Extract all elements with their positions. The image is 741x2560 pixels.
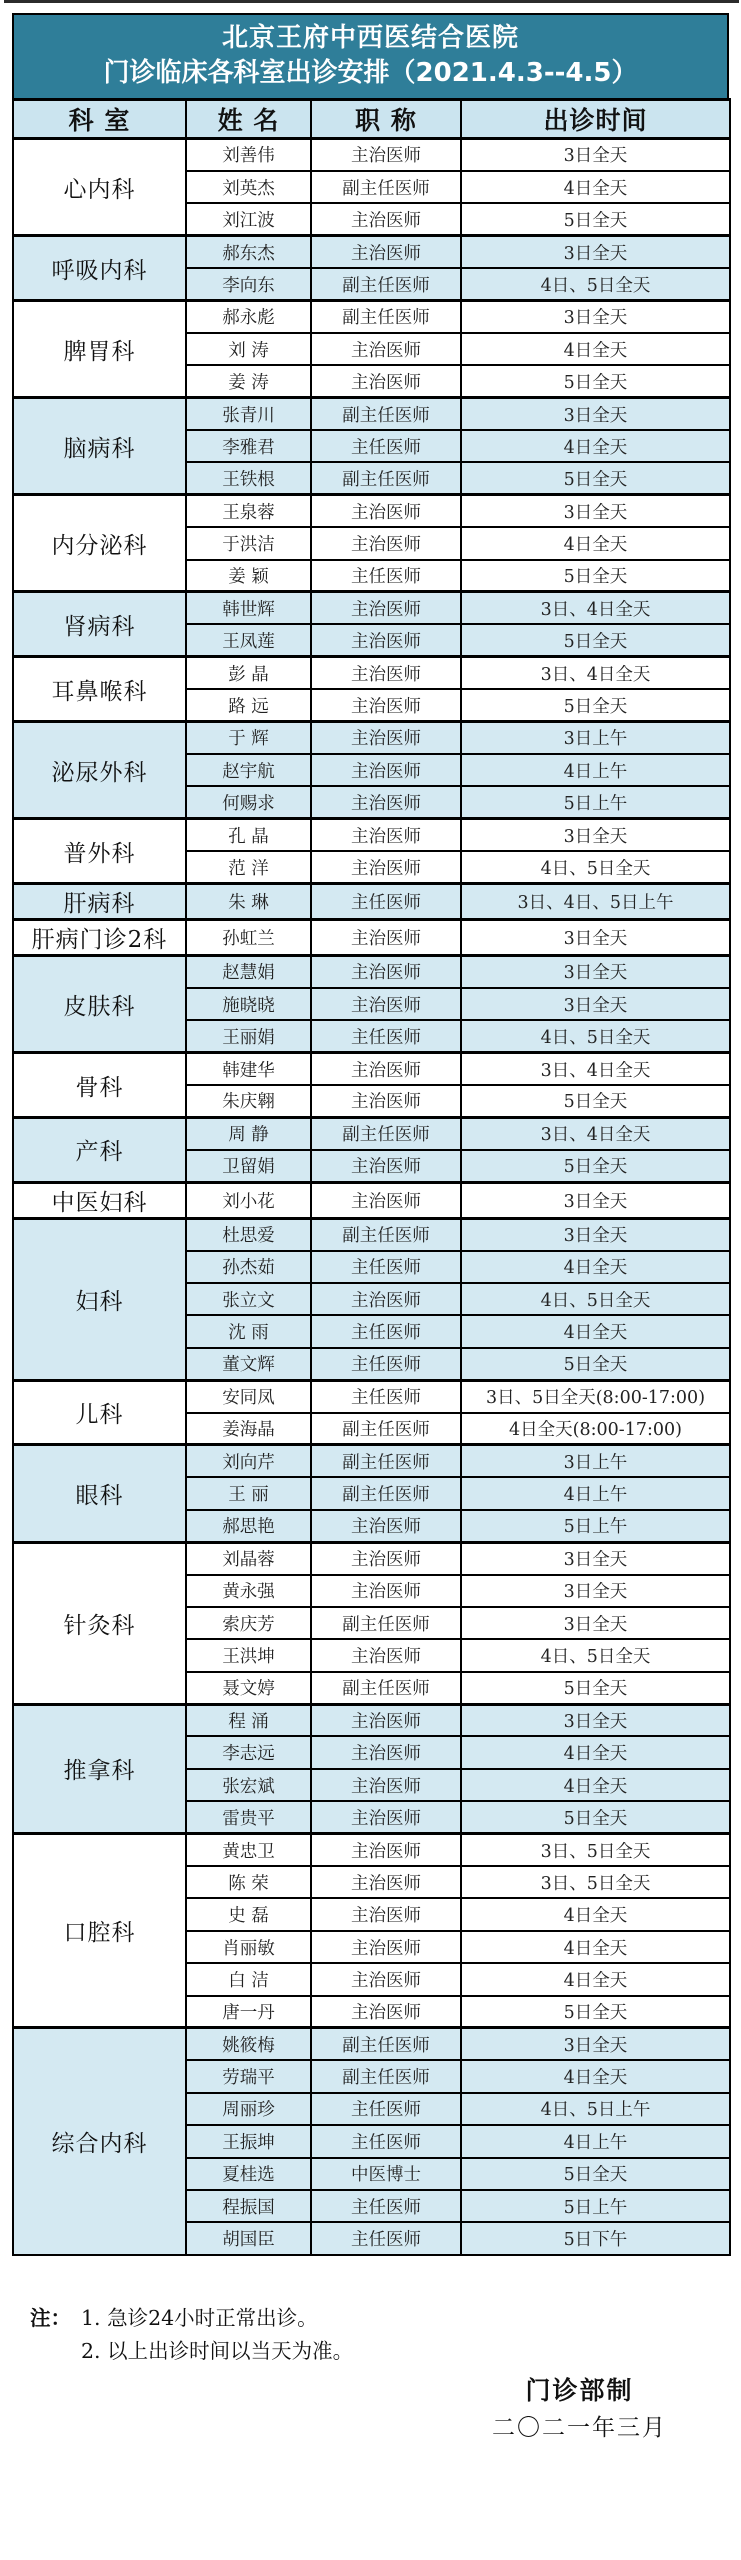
doctor-title-cell: 主治医师: [311, 1898, 461, 1930]
doctor-name-cell: 孙虹兰: [186, 919, 311, 955]
doctor-title-cell: 主任医师: [311, 2125, 461, 2157]
doctor-name-cell: 路 远: [186, 689, 311, 721]
doctor-title-cell: 主治医师: [311, 203, 461, 235]
doctor-name-cell: 胡国臣: [186, 2222, 311, 2254]
doctor-name-cell: 黄永强: [186, 1575, 311, 1607]
visit-time-cell: 4日、5日全天: [461, 1639, 730, 1671]
doctor-name-cell: 索庆芳: [186, 1607, 311, 1639]
doctor-name-cell: 赵慧娟: [186, 955, 311, 987]
doctor-name-cell: 孙杰茹: [186, 1251, 311, 1283]
doctor-title-cell: 主治医师: [311, 1542, 461, 1574]
doctor-title-cell: 主治医师: [311, 1963, 461, 1995]
visit-time-cell: 3日全天: [461, 988, 730, 1020]
table-row: 心内科刘善伟主治医师3日全天: [13, 139, 730, 171]
doctor-title-cell: 主治医师: [311, 1801, 461, 1833]
scan-edge-line: [4, 0, 739, 3]
table-row: 脑病科张青川副主任医师3日全天: [13, 398, 730, 430]
issuer-text: 门诊部制: [492, 2374, 667, 2408]
doctor-title-cell: 主治医师: [311, 1834, 461, 1866]
visit-time-cell: 4日上午: [461, 754, 730, 786]
department-cell: 儿科: [13, 1380, 186, 1445]
doctor-title-cell: 副主任医师: [311, 1672, 461, 1704]
table-row: 针灸科刘晶蓉主治医师3日全天: [13, 1542, 730, 1574]
doctor-title-cell: 主治医师: [311, 1150, 461, 1182]
visit-time-cell: 3日、5日全天: [461, 1866, 730, 1898]
schedule-page: 北京王府中西医结合医院 门诊临床各科室出诊安排（2021.4.3--4.5） 科…: [0, 0, 741, 2560]
visit-time-cell: 4日全天: [461, 1769, 730, 1801]
doctor-title-cell: 主任医师: [311, 1380, 461, 1412]
table-row: 产科周 静副主任医师3日、4日全天: [13, 1117, 730, 1149]
department-cell: 脑病科: [13, 398, 186, 495]
department-cell: 中医妇科: [13, 1182, 186, 1218]
doctor-title-cell: 主任医师: [311, 1348, 461, 1380]
note-item-1: 1. 急诊24小时正常出诊。: [81, 2302, 353, 2335]
doctor-title-cell: 主治医师: [311, 786, 461, 818]
department-cell: 口腔科: [13, 1834, 186, 2028]
issue-date-text: 二〇二一年三月: [492, 2408, 667, 2448]
department-cell: 产科: [13, 1117, 186, 1182]
doctor-name-cell: 姚筱梅: [186, 2028, 311, 2060]
doctor-name-cell: 张青川: [186, 398, 311, 430]
doctor-title-cell: 主任医师: [311, 883, 461, 919]
col-header-title: 职 称: [311, 100, 461, 139]
doctor-name-cell: 王洪坤: [186, 1639, 311, 1671]
visit-time-cell: 4日全天: [461, 333, 730, 365]
visit-time-cell: 5日全天: [461, 1150, 730, 1182]
doctor-title-cell: 主治医师: [311, 988, 461, 1020]
visit-time-cell: 3日上午: [461, 1445, 730, 1477]
doctor-name-cell: 于 辉: [186, 722, 311, 754]
visit-time-cell: 4日全天: [461, 1736, 730, 1768]
doctor-title-cell: 主治医师: [311, 1769, 461, 1801]
doctor-name-cell: 安同凤: [186, 1380, 311, 1412]
doctor-title-cell: 主治医师: [311, 1283, 461, 1315]
doctor-name-cell: 沈 雨: [186, 1315, 311, 1347]
doctor-title-cell: 副主任医师: [311, 300, 461, 332]
doctor-title-cell: 主治医师: [311, 1182, 461, 1218]
title-bar: 北京王府中西医结合医院 门诊临床各科室出诊安排（2021.4.3--4.5）: [12, 13, 729, 98]
visit-time-cell: 3日全天: [461, 1575, 730, 1607]
doctor-name-cell: 李志远: [186, 1736, 311, 1768]
visit-time-cell: 4日、5日上午: [461, 2093, 730, 2125]
visit-time-cell: 3日全天: [461, 398, 730, 430]
notes-items: 1. 急诊24小时正常出诊。 2. 以上出诊时间以当天为准。: [81, 2302, 353, 2368]
col-header-name: 姓 名: [186, 100, 311, 139]
visit-time-cell: 3日全天: [461, 955, 730, 987]
doctor-name-cell: 王泉蓉: [186, 495, 311, 527]
doctor-title-cell: 主治医师: [311, 955, 461, 987]
table-row: 中医妇科刘小花主治医师3日全天: [13, 1182, 730, 1218]
doctor-name-cell: 王丽娟: [186, 1020, 311, 1052]
table-row: 呼吸内科郝东杰主治医师3日全天: [13, 236, 730, 268]
table-row: 内分泌科王泉蓉主治医师3日全天: [13, 495, 730, 527]
visit-time-cell: 5日全天: [461, 1672, 730, 1704]
doctor-title-cell: 主治医师: [311, 365, 461, 397]
doctor-title-cell: 主任医师: [311, 2093, 461, 2125]
table-row: 肝病门诊2科孙虹兰主治医师3日全天: [13, 919, 730, 955]
doctor-name-cell: 张宏斌: [186, 1769, 311, 1801]
table-row: 耳鼻喉科彭 晶主治医师3日、4日全天: [13, 657, 730, 689]
doctor-title-cell: 副主任医师: [311, 398, 461, 430]
department-cell: 耳鼻喉科: [13, 657, 186, 722]
doctor-title-cell: 主治医师: [311, 1736, 461, 1768]
visit-time-cell: 5日上午: [461, 786, 730, 818]
visit-time-cell: 3日全天: [461, 1607, 730, 1639]
doctor-title-cell: 副主任医师: [311, 1477, 461, 1509]
doctor-name-cell: 黄忠卫: [186, 1834, 311, 1866]
doctor-name-cell: 周丽珍: [186, 2093, 311, 2125]
schedule-sheet: 北京王府中西医结合医院 门诊临床各科室出诊安排（2021.4.3--4.5） 科…: [0, 0, 741, 2448]
table-row: 泌尿外科于 辉主治医师3日上午: [13, 722, 730, 754]
doctor-title-cell: 副主任医师: [311, 1413, 461, 1445]
doctor-title-cell: 主治医师: [311, 592, 461, 624]
hospital-name: 北京王府中西医结合医院: [14, 21, 727, 56]
doctor-title-cell: 主治医师: [311, 851, 461, 883]
visit-time-cell: 3日、5日全天(8:00-17:00): [461, 1380, 730, 1412]
department-cell: 内分泌科: [13, 495, 186, 592]
department-cell: 妇科: [13, 1218, 186, 1380]
doctor-name-cell: 赵宇航: [186, 754, 311, 786]
doctor-name-cell: 白 洁: [186, 1963, 311, 1995]
department-cell: 综合内科: [13, 2028, 186, 2255]
visit-time-cell: 5日全天: [461, 689, 730, 721]
doctor-name-cell: 王 丽: [186, 1477, 311, 1509]
doctor-title-cell: 主治医师: [311, 1996, 461, 2028]
doctor-name-cell: 韩世辉: [186, 592, 311, 624]
table-row: 普外科孔 晶主治医师3日全天: [13, 819, 730, 851]
doctor-name-cell: 聂文婷: [186, 1672, 311, 1704]
department-cell: 眼科: [13, 1445, 186, 1542]
doctor-name-cell: 肖丽敏: [186, 1931, 311, 1963]
doctor-name-cell: 姜海晶: [186, 1413, 311, 1445]
department-cell: 肝病科: [13, 883, 186, 919]
doctor-title-cell: 主任医师: [311, 560, 461, 592]
visit-time-cell: 5日全天: [461, 365, 730, 397]
doctor-name-cell: 夏桂选: [186, 2158, 311, 2190]
doctor-name-cell: 刘江波: [186, 203, 311, 235]
table-row: 骨科韩建华主治医师3日、4日全天: [13, 1053, 730, 1085]
doctor-name-cell: 朱 琳: [186, 883, 311, 919]
table-row: 综合内科姚筱梅副主任医师3日全天: [13, 2028, 730, 2060]
visit-time-cell: 3日全天: [461, 139, 730, 171]
visit-time-cell: 4日、5日全天: [461, 268, 730, 300]
notes-section: 注： 1. 急诊24小时正常出诊。 2. 以上出诊时间以当天为准。: [12, 2302, 729, 2368]
doctor-title-cell: 主治医师: [311, 754, 461, 786]
visit-time-cell: 3日全天: [461, 300, 730, 332]
visit-time-cell: 5日全天: [461, 203, 730, 235]
doctor-name-cell: 韩建华: [186, 1053, 311, 1085]
doctor-title-cell: 主治医师: [311, 689, 461, 721]
doctor-title-cell: 主治医师: [311, 657, 461, 689]
doctor-name-cell: 王振坤: [186, 2125, 311, 2157]
doctor-name-cell: 刘向芹: [186, 1445, 311, 1477]
col-header-department: 科 室: [13, 100, 186, 139]
doctor-name-cell: 张立文: [186, 1283, 311, 1315]
visit-time-cell: 4日全天: [461, 1931, 730, 1963]
visit-time-cell: 3日、4日全天: [461, 1053, 730, 1085]
doctor-name-cell: 杜思爱: [186, 1218, 311, 1250]
table-row: 眼科刘向芹副主任医师3日上午: [13, 1445, 730, 1477]
table-row: 皮肤科赵慧娟主治医师3日全天: [13, 955, 730, 987]
doctor-name-cell: 雷贵平: [186, 1801, 311, 1833]
doctor-title-cell: 副主任医师: [311, 1445, 461, 1477]
visit-time-cell: 5日上午: [461, 1510, 730, 1542]
doctor-title-cell: 主任医师: [311, 2190, 461, 2222]
visit-time-cell: 3日全天: [461, 1704, 730, 1736]
visit-time-cell: 4日、5日全天: [461, 1283, 730, 1315]
doctor-title-cell: 主任医师: [311, 1251, 461, 1283]
visit-time-cell: 3日、4日全天: [461, 657, 730, 689]
doctor-title-cell: 主任医师: [311, 430, 461, 462]
doctor-name-cell: 彭 晶: [186, 657, 311, 689]
doctor-name-cell: 郝永彪: [186, 300, 311, 332]
doctor-title-cell: 主治医师: [311, 1053, 461, 1085]
doctor-name-cell: 董文辉: [186, 1348, 311, 1380]
doctor-name-cell: 王铁根: [186, 462, 311, 494]
doctor-title-cell: 副主任医师: [311, 462, 461, 494]
department-cell: 骨科: [13, 1053, 186, 1118]
visit-time-cell: 5日全天: [461, 1085, 730, 1117]
doctor-title-cell: 主治医师: [311, 1866, 461, 1898]
department-cell: 普外科: [13, 819, 186, 884]
doctor-name-cell: 范 洋: [186, 851, 311, 883]
doctor-name-cell: 唐一丹: [186, 1996, 311, 2028]
doctor-name-cell: 刘小花: [186, 1182, 311, 1218]
doctor-title-cell: 主治医师: [311, 1085, 461, 1117]
doctor-name-cell: 刘英杰: [186, 171, 311, 203]
visit-time-cell: 4日全天: [461, 1315, 730, 1347]
visit-time-cell: 3日全天: [461, 1542, 730, 1574]
department-cell: 心内科: [13, 139, 186, 236]
visit-time-cell: 4日上午: [461, 1477, 730, 1509]
doctor-title-cell: 副主任医师: [311, 1117, 461, 1149]
visit-time-cell: 4日全天: [461, 430, 730, 462]
doctor-title-cell: 中医博士: [311, 2158, 461, 2190]
department-cell: 皮肤科: [13, 955, 186, 1052]
col-header-time: 出诊时间: [461, 100, 730, 139]
visit-time-cell: 4日上午: [461, 2125, 730, 2157]
doctor-name-cell: 卫留娟: [186, 1150, 311, 1182]
visit-time-cell: 5日下午: [461, 2222, 730, 2254]
doctor-name-cell: 劳瑞平: [186, 2060, 311, 2092]
visit-time-cell: 5日全天: [461, 1801, 730, 1833]
doctor-name-cell: 郝东杰: [186, 236, 311, 268]
visit-time-cell: 3日全天: [461, 1218, 730, 1250]
visit-time-cell: 4日、5日全天: [461, 851, 730, 883]
visit-time-cell: 5日全天: [461, 462, 730, 494]
doctor-title-cell: 主治医师: [311, 819, 461, 851]
visit-time-cell: 3日、4日全天: [461, 1117, 730, 1149]
doctor-title-cell: 主治医师: [311, 722, 461, 754]
doctor-name-cell: 朱庆翱: [186, 1085, 311, 1117]
doctor-title-cell: 主任医师: [311, 2222, 461, 2254]
visit-time-cell: 3日、4日、5日上午: [461, 883, 730, 919]
doctor-name-cell: 姜 颖: [186, 560, 311, 592]
visit-time-cell: 4日、5日全天: [461, 1020, 730, 1052]
table-row: 儿科安同凤主任医师3日、5日全天(8:00-17:00): [13, 1380, 730, 1412]
department-cell: 呼吸内科: [13, 236, 186, 301]
visit-time-cell: 4日全天: [461, 2060, 730, 2092]
visit-time-cell: 3日全天: [461, 495, 730, 527]
doctor-name-cell: 刘 涛: [186, 333, 311, 365]
visit-time-cell: 3日全天: [461, 919, 730, 955]
doctor-title-cell: 副主任医师: [311, 2028, 461, 2060]
doctor-title-cell: 主治医师: [311, 919, 461, 955]
doctor-name-cell: 李雅君: [186, 430, 311, 462]
department-cell: 泌尿外科: [13, 722, 186, 819]
doctor-title-cell: 主治医师: [311, 1510, 461, 1542]
doctor-title-cell: 主治医师: [311, 1704, 461, 1736]
visit-time-cell: 5日上午: [461, 2190, 730, 2222]
doctor-name-cell: 李向东: [186, 268, 311, 300]
notes-label: 注：: [30, 2302, 71, 2335]
department-cell: 脾胃科: [13, 300, 186, 397]
doctor-title-cell: 主治医师: [311, 1639, 461, 1671]
doctor-name-cell: 孔 晶: [186, 819, 311, 851]
doctor-name-cell: 施晓晓: [186, 988, 311, 1020]
doctor-title-cell: 主治医师: [311, 495, 461, 527]
schedule-title: 门诊临床各科室出诊安排（2021.4.3--4.5）: [14, 56, 727, 91]
doctor-title-cell: 主治医师: [311, 1575, 461, 1607]
doctor-title-cell: 主治医师: [311, 527, 461, 559]
table-row: 肾病科韩世辉主治医师3日、4日全天: [13, 592, 730, 624]
visit-time-cell: 3日、4日全天: [461, 592, 730, 624]
table-row: 推拿科程 涌主治医师3日全天: [13, 1704, 730, 1736]
department-cell: 肝病门诊2科: [13, 919, 186, 955]
visit-time-cell: 3日全天: [461, 1182, 730, 1218]
visit-time-cell: 3日全天: [461, 2028, 730, 2060]
doctor-title-cell: 主任医师: [311, 1020, 461, 1052]
doctor-title-cell: 副主任医师: [311, 2060, 461, 2092]
department-cell: 推拿科: [13, 1704, 186, 1834]
visit-time-cell: 5日全天: [461, 1996, 730, 2028]
visit-time-cell: 3日全天: [461, 236, 730, 268]
visit-time-cell: 4日全天: [461, 1251, 730, 1283]
visit-time-cell: 3日全天: [461, 819, 730, 851]
visit-time-cell: 4日全天: [461, 1898, 730, 1930]
visit-time-cell: 5日全天: [461, 624, 730, 656]
visit-time-cell: 3日、5日全天: [461, 1834, 730, 1866]
doctor-name-cell: 刘晶蓉: [186, 1542, 311, 1574]
doctor-title-cell: 主治医师: [311, 236, 461, 268]
department-cell: 肾病科: [13, 592, 186, 657]
doctor-name-cell: 王凤莲: [186, 624, 311, 656]
visit-time-cell: 5日全天: [461, 560, 730, 592]
doctor-name-cell: 郝思艳: [186, 1510, 311, 1542]
doctor-name-cell: 周 静: [186, 1117, 311, 1149]
doctor-name-cell: 何赐求: [186, 786, 311, 818]
doctor-title-cell: 主治医师: [311, 333, 461, 365]
visit-time-cell: 4日全天: [461, 527, 730, 559]
table-row: 肝病科朱 琳主任医师3日、4日、5日上午: [13, 883, 730, 919]
doctor-title-cell: 副主任医师: [311, 171, 461, 203]
doctor-title-cell: 副主任医师: [311, 1218, 461, 1250]
doctor-name-cell: 刘善伟: [186, 139, 311, 171]
table-row: 脾胃科郝永彪副主任医师3日全天: [13, 300, 730, 332]
doctor-title-cell: 主治医师: [311, 1931, 461, 1963]
column-header-row: 科 室 姓 名 职 称 出诊时间: [13, 100, 730, 139]
doctor-title-cell: 主任医师: [311, 1315, 461, 1347]
visit-time-cell: 4日全天(8:00-17:00): [461, 1413, 730, 1445]
visit-time-cell: 4日全天: [461, 171, 730, 203]
doctor-name-cell: 史 磊: [186, 1898, 311, 1930]
note-item-2: 2. 以上出诊时间以当天为准。: [81, 2335, 353, 2368]
doctor-name-cell: 程 涌: [186, 1704, 311, 1736]
doctor-title-cell: 主治医师: [311, 139, 461, 171]
doctor-name-cell: 于洪洁: [186, 527, 311, 559]
schedule-table-body: 心内科刘善伟主治医师3日全天刘英杰副主任医师4日全天刘江波主治医师5日全天呼吸内…: [13, 139, 730, 2255]
doctor-name-cell: 程振国: [186, 2190, 311, 2222]
doctor-title-cell: 主治医师: [311, 624, 461, 656]
doctor-name-cell: 姜 涛: [186, 365, 311, 397]
visit-time-cell: 5日全天: [461, 2158, 730, 2190]
visit-time-cell: 4日全天: [461, 1963, 730, 1995]
visit-time-cell: 3日上午: [461, 722, 730, 754]
visit-time-cell: 5日全天: [461, 1348, 730, 1380]
schedule-table: 科 室 姓 名 职 称 出诊时间 心内科刘善伟主治医师3日全天刘英杰副主任医师4…: [12, 98, 731, 2256]
footer-section: 门诊部制 二〇二一年三月: [492, 2374, 667, 2448]
department-cell: 针灸科: [13, 1542, 186, 1704]
doctor-title-cell: 副主任医师: [311, 1607, 461, 1639]
doctor-title-cell: 副主任医师: [311, 268, 461, 300]
table-row: 妇科杜思爱副主任医师3日全天: [13, 1218, 730, 1250]
doctor-name-cell: 陈 荣: [186, 1866, 311, 1898]
table-row: 口腔科黄忠卫主治医师3日、5日全天: [13, 1834, 730, 1866]
